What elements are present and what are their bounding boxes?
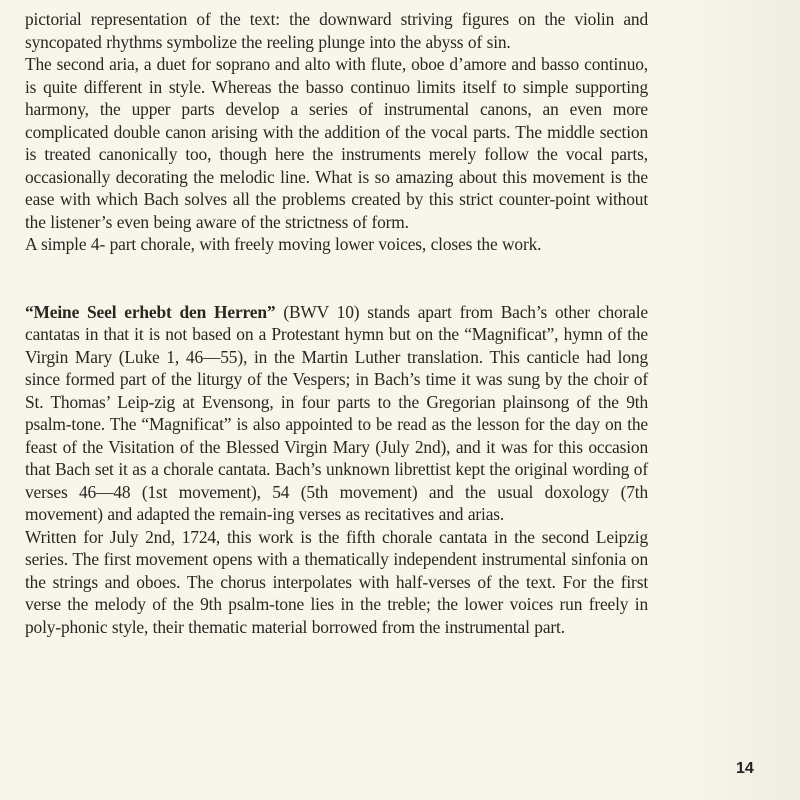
document-page: pictorial representation of the text: th… [25,8,648,638]
paragraph-second-aria: The second aria, a duet for soprano and … [25,53,648,233]
section-divider-space [25,256,648,301]
page-number: 14 [736,760,754,778]
paragraph-written-for-july: Written for July 2nd, 1724, this work is… [25,526,648,639]
bwv10-intro-text: (BWV 10) stands apart from Bach’s other … [25,302,648,525]
paragraph-closing-chorale: A simple 4- part chorale, with freely mo… [25,233,648,256]
cantata-title: “Meine Seel erhebt den Herren” [25,302,275,322]
paragraph-bwv10-intro: “Meine Seel erhebt den Herren” (BWV 10) … [25,301,648,526]
paragraph-pictorial-representation: pictorial representation of the text: th… [25,8,648,53]
